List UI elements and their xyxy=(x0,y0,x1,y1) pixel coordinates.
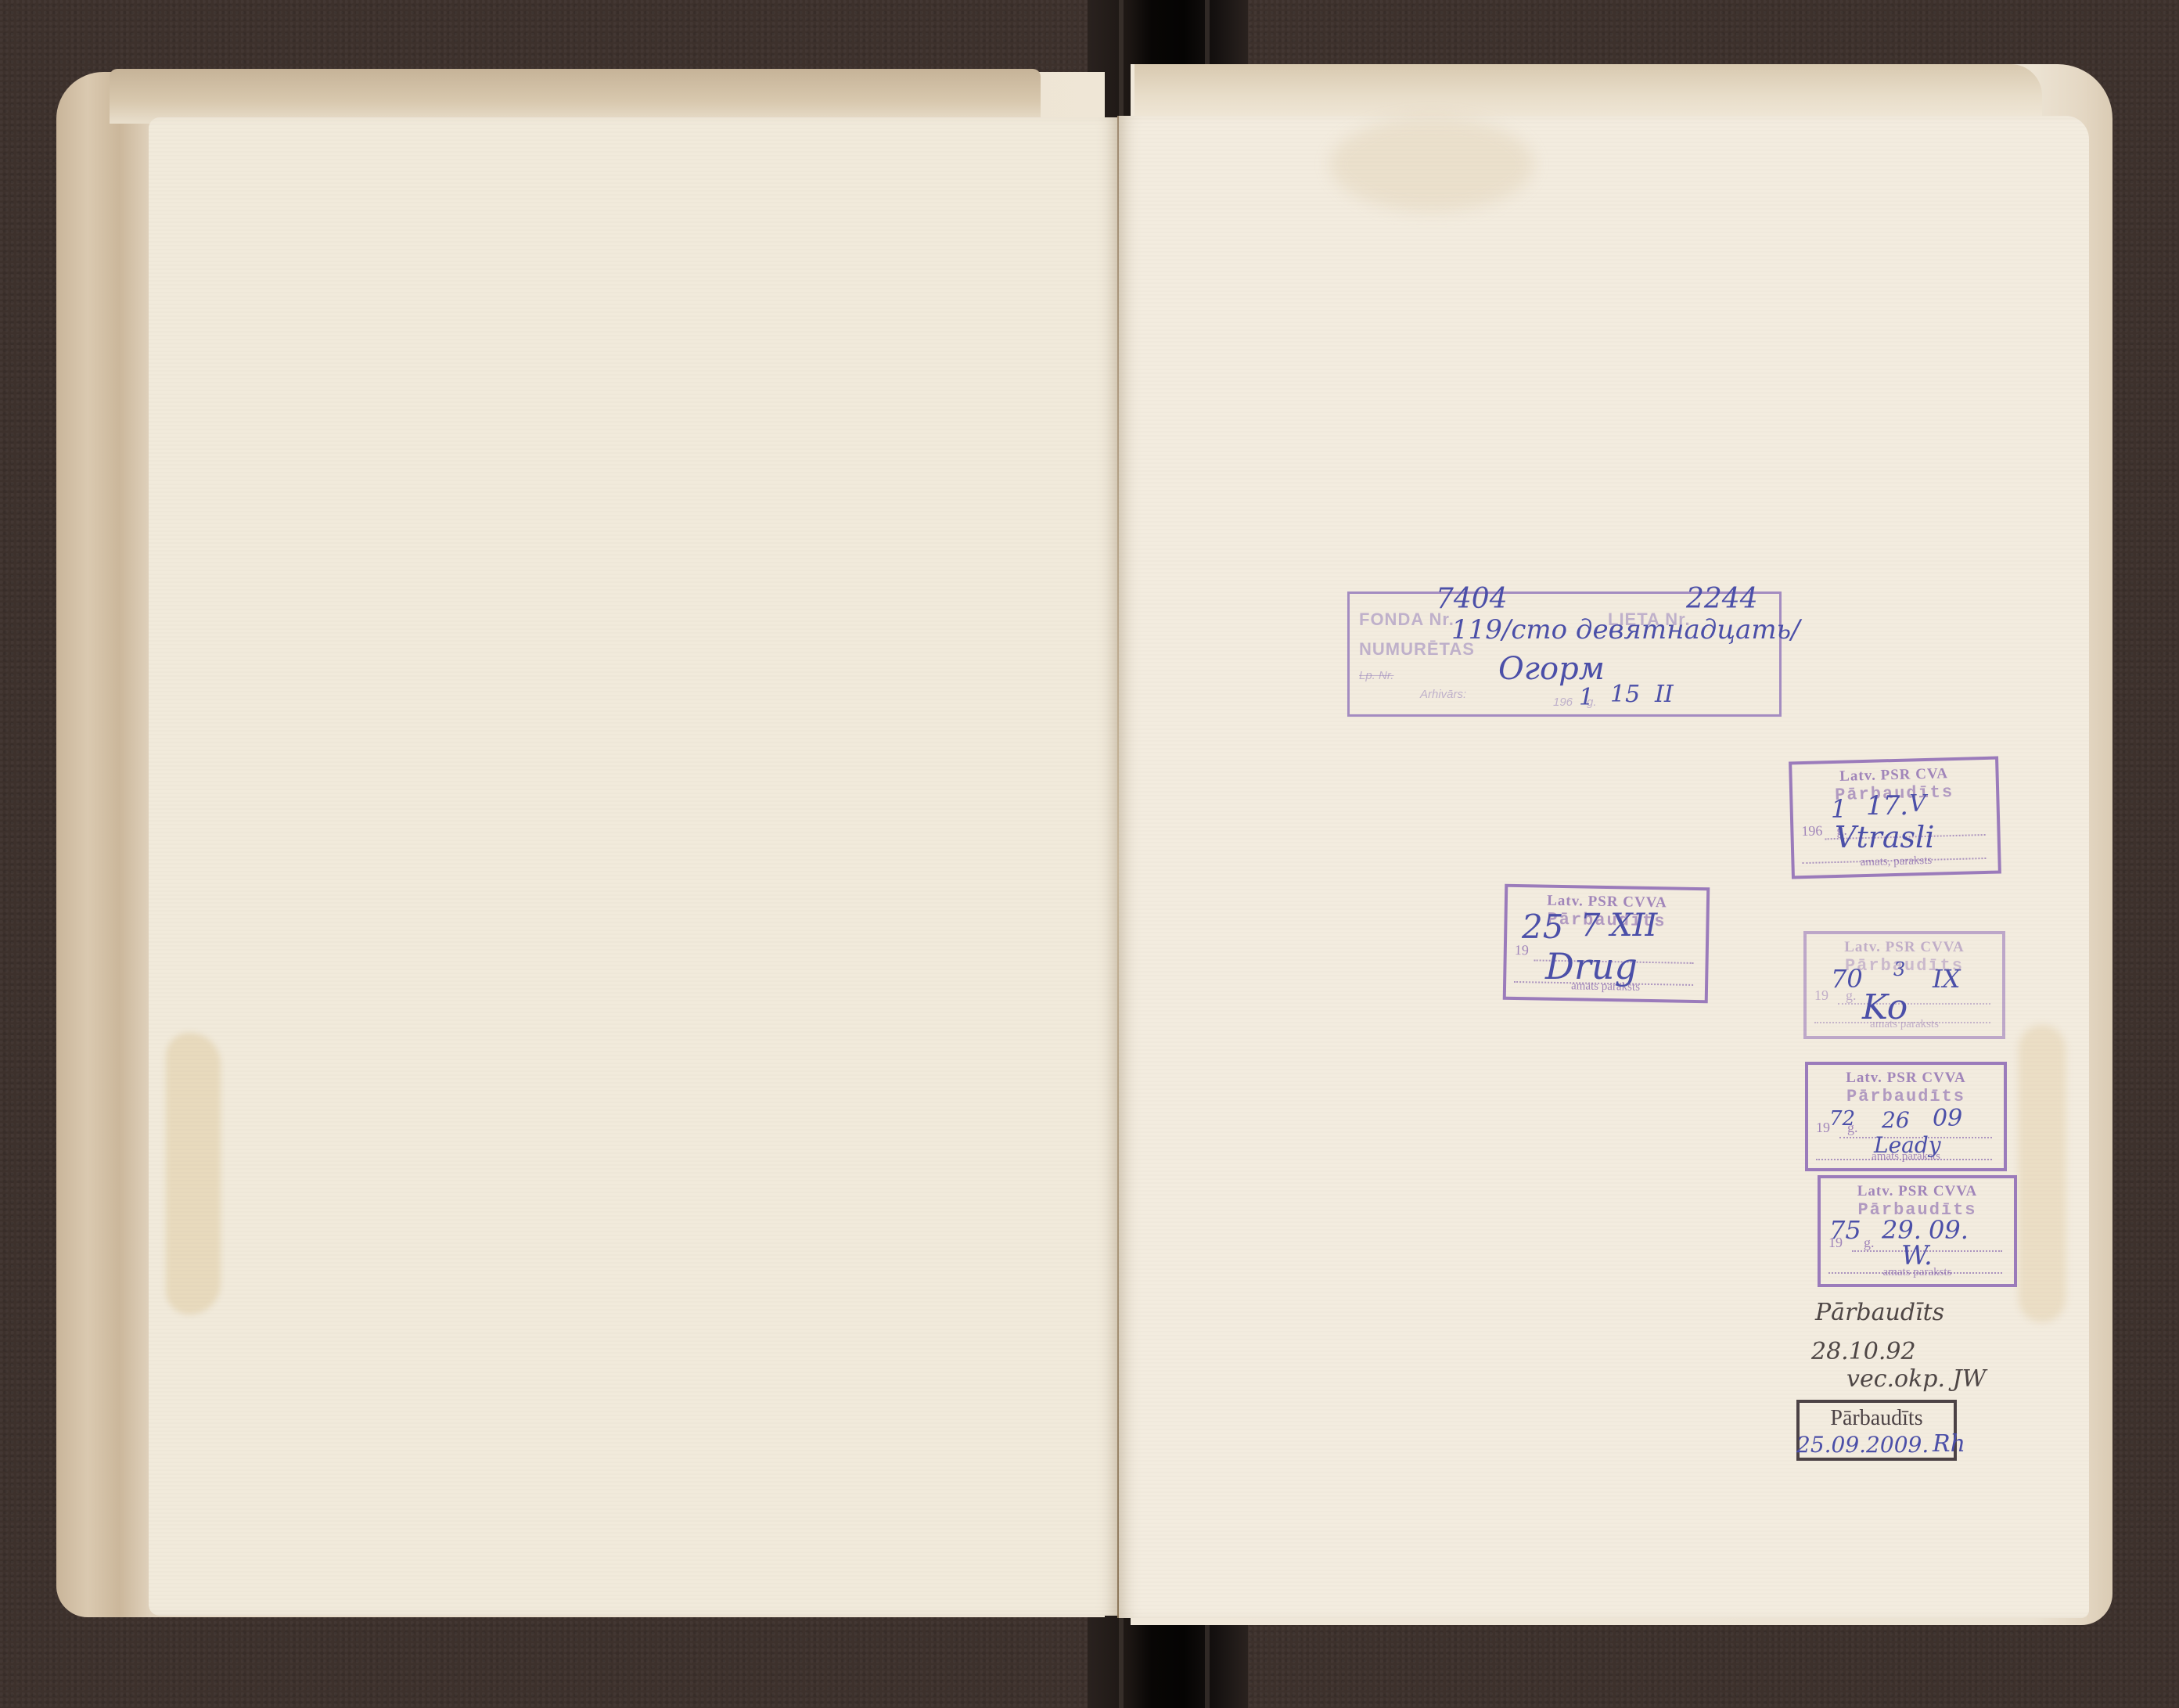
stamp5-year: 75 xyxy=(1829,1215,1861,1245)
year-prefix-label: 196 xyxy=(1553,696,1573,709)
note-line-signature: vec.okp. JW xyxy=(1846,1365,1986,1393)
note-line-checked: Pārbaudīts xyxy=(1815,1299,1944,1326)
stamp1-day: 17. xyxy=(1866,790,1908,822)
left-page-top-edge xyxy=(110,69,1041,124)
archivist-signature: Огорм xyxy=(1498,651,1605,687)
stamp2-day: 25 xyxy=(1522,908,1563,946)
stamp-g: g. xyxy=(1864,1235,1875,1251)
stamp3-day: 3 xyxy=(1893,958,1905,980)
fonda-date-year: 1 xyxy=(1579,684,1594,711)
fond-number: 7404 xyxy=(1436,583,1508,615)
stamp3-year: 70 xyxy=(1831,964,1863,994)
right-page-top-edge xyxy=(1134,64,2042,117)
stamp3-signature: Ko xyxy=(1862,987,1908,1027)
water-stain xyxy=(2019,1025,2066,1322)
stamp-year-prefix: 196 xyxy=(1801,822,1823,840)
stamp1-month: V xyxy=(1909,790,1926,818)
archivist-label: Arhivārs: xyxy=(1420,688,1466,701)
fonda-date-day: 15 xyxy=(1610,681,1640,708)
stamp5-signature: W. xyxy=(1901,1240,1933,1271)
stamp2-signature: Drug xyxy=(1545,945,1638,987)
stamp-header: Latv. PSR CVVA xyxy=(1821,1183,2014,1200)
case-number: 2244 xyxy=(1686,583,1758,615)
final-stamp-date: 25.09.2009. xyxy=(1796,1432,1929,1458)
water-stain xyxy=(166,1033,221,1314)
stamp-dotted-line xyxy=(1838,1003,1990,1005)
stamp1-signature: Vtrasli xyxy=(1835,820,1934,854)
stamp-year-prefix: 19 xyxy=(1816,1120,1830,1136)
stamp4-signature: Leady xyxy=(1874,1132,1941,1158)
stamp4-year: 72 xyxy=(1829,1107,1855,1131)
stamp2-month: 7 XII xyxy=(1580,908,1657,944)
page-gutter-crease xyxy=(1117,116,1119,1618)
final-stamp-label: Pārbaudīts xyxy=(1800,1406,1954,1431)
water-stain xyxy=(1330,117,1534,211)
stamp-header: Latv. PSR CVVA xyxy=(1808,1070,2004,1087)
stamp5-month: 09. xyxy=(1929,1215,1969,1245)
stamp4-day: 26 xyxy=(1882,1107,1910,1133)
note-line-date: 28.10.92 xyxy=(1811,1338,1916,1365)
fonda-date-month: II xyxy=(1655,681,1674,708)
stamp-year-prefix: 19 xyxy=(1814,987,1828,1004)
final-stamp-signature: Rh xyxy=(1933,1430,1965,1458)
stamp-subheader: Pārbaudīts xyxy=(1808,1087,2004,1106)
stamp-header: Latv. PSR CVVA xyxy=(1807,939,2002,956)
stamp-footer: amats, paraksts xyxy=(1794,853,1997,872)
numbered-pages: 119/сто девятнадцать/ xyxy=(1451,614,1800,645)
stamp4-month: 09 xyxy=(1933,1105,1962,1132)
struck-label: Lp. Nr. xyxy=(1359,669,1393,682)
left-page-blank xyxy=(149,117,1119,1616)
stamp3-month: IX xyxy=(1933,964,1960,994)
